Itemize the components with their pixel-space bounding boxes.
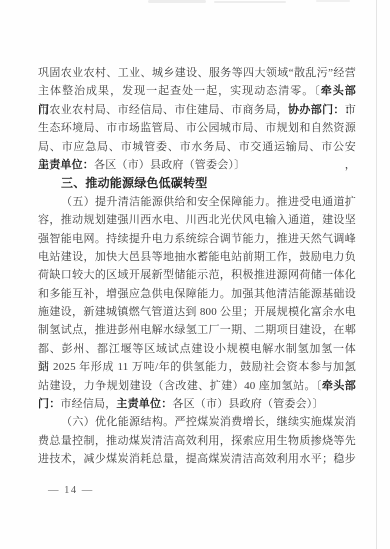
text-line: 到 2025 年形成 11 万吨/年的供氢能力，鼓励社会资本参与加氢 (38, 358, 356, 376)
text-segment: 费总量控制，推动煤炭清洁高效利用，探索应用生物质掺烧等先 (38, 435, 356, 447)
text-line: 都、彭州、都江堰等区域试点建设小规模电解水制氢加氢一体站， (38, 340, 356, 358)
text-segment: （五）提升清洁能源供给和安全保障能力。推进受电通道扩 (61, 196, 356, 208)
bold-label: 主责单位： (116, 398, 172, 410)
scan-artifact (148, 0, 206, 3)
text-segment: 容，推动规划建强川西水电、川西北光伏风电输入通道，建设坚 (38, 214, 356, 226)
text-segment: 施建设，新建城镇燃气管道达到 800 公里；开展规模化富余水电 (38, 306, 356, 318)
text-line: 强智能电网。持续提升电力系统综合调节能力，推进天然气调峰 (38, 230, 356, 248)
text-line: 主体整治成果，发现一起查处一起，实现动态清零。〔牵头部门： (38, 82, 356, 100)
section-heading: 三、推动能源绿色低碳转型 (38, 174, 356, 192)
text-line: 局、市应急局、市城管委、市水务局、市交通运输局、市公安局， (38, 138, 356, 156)
bold-label: 牵头部 (322, 380, 356, 392)
page-number: — 14 — (48, 485, 94, 496)
text-line: （五）提升清洁能源供给和安全保障能力。推进受电通道扩 (38, 193, 356, 211)
text-segment: 制氢试点，推进彭州电解水绿氢工厂一期、二期项目建设，在郫 (38, 324, 356, 336)
text-segment: 进技术，减少煤炭消耗总量，提高煤炭清洁高效利用水平；稳步 (38, 453, 356, 465)
text-line: 门：市经信局，主责单位：各区（市）县政府（管委会）〕 (38, 395, 356, 413)
document-page: 巩固农业农村、工业、城乡建设、服务等四大领域“散乱污”经营主体整治成果，发现一起… (0, 0, 390, 549)
text-segment: 市经信局， (60, 398, 116, 410)
text-line: 容，推动规划建强川西水电、川西北光伏风电输入通道，建设坚 (38, 211, 356, 229)
text-line: 施建设，新建城镇燃气管道达到 800 公里；开展规模化富余水电 (38, 303, 356, 321)
text-segment: 巩固农业农村、工业、城乡建设、服务等四大领域“散乱污”经营 (38, 67, 356, 79)
bold-label: 三、推动能源绿色低碳转型 (61, 176, 207, 190)
bold-label: 主责单位： (38, 159, 94, 171)
text-line: 站建设，力争规划建设（含改建、扩建）40 座加氢站。〔牵头部 (38, 377, 356, 395)
text-line: 和多能互补，增强应急供电保障能力。加强其他清洁能源基础设 (38, 285, 356, 303)
text-line: 费总量控制，推动煤炭清洁高效利用，探索应用生物质掺烧等先 (38, 432, 356, 450)
text-segment: 强智能电网。持续提升电力系统综合调节能力，推进天然气调峰 (38, 233, 356, 245)
bold-label: 协办部门： (288, 104, 345, 116)
scan-artifact (316, 0, 350, 2)
text-line: 巩固农业农村、工业、城乡建设、服务等四大领域“散乱污”经营 (38, 64, 356, 82)
document-body: 巩固农业农村、工业、城乡建设、服务等四大领域“散乱污”经营主体整治成果，发现一起… (38, 64, 356, 469)
text-line: 荷缺口较大的区域开展新型储能示范，积极推进源网荷储一体化 (38, 266, 356, 284)
text-segment: 各区（市）县政府（管委会）〕 (172, 398, 323, 410)
text-segment: 市农业农村局、市经信局、市住建局、市商务局， (38, 104, 288, 116)
text-segment: 生态环境局、市市场监管局、市公园城市局、市规划和自然资源 (38, 122, 356, 134)
text-segment: 和多能互补，增强应急供电保障能力。加强其他清洁能源基础设 (38, 288, 356, 300)
text-segment: 到 2025 年形成 11 万吨/年的供氢能力，鼓励社会资本参与加氢 (38, 361, 356, 373)
text-line: 生态环境局、市市场监管局、市公园城市局、市规划和自然资源 (38, 119, 356, 137)
text-line: 市农业农村局、市经信局、市住建局、市商务局，协办部门：市 (38, 101, 356, 119)
text-segment: 电站建设，加快大邑县等地抽水蓄能电站前期工作，鼓励电力负 (38, 251, 356, 263)
scan-edge-line (376, 0, 377, 549)
text-line: 进技术，减少煤炭消耗总量，提高煤炭清洁高效利用水平；稳步 (38, 450, 356, 468)
text-segment: 站建设，力争规划建设（含改建、扩建）40 座加氢站。〔 (38, 380, 322, 392)
text-line: 电站建设，加快大邑县等地抽水蓄能电站前期工作，鼓励电力负 (38, 248, 356, 266)
text-line: （六）优化能源结构。严控煤炭消费增长，继续实施煤炭消 (38, 413, 356, 431)
text-line: 制氢试点，推进彭州电解水绿氢工厂一期、二期项目建设，在郫 (38, 321, 356, 339)
scan-artifact (214, 1, 286, 3)
text-segment: 市 (345, 104, 356, 116)
text-segment: （六）优化能源结构。严控煤炭消费增长，继续实施煤炭消 (61, 416, 356, 428)
text-segment: 主体整治成果，发现一起查处一起，实现动态清零。〔 (38, 85, 321, 97)
text-segment: 各区（市）县政府（管委会）〕 (94, 159, 245, 171)
bold-label: 门： (38, 398, 60, 410)
text-segment: 荷缺口较大的区域开展新型储能示范，积极推进源网荷储一体化 (38, 269, 356, 281)
